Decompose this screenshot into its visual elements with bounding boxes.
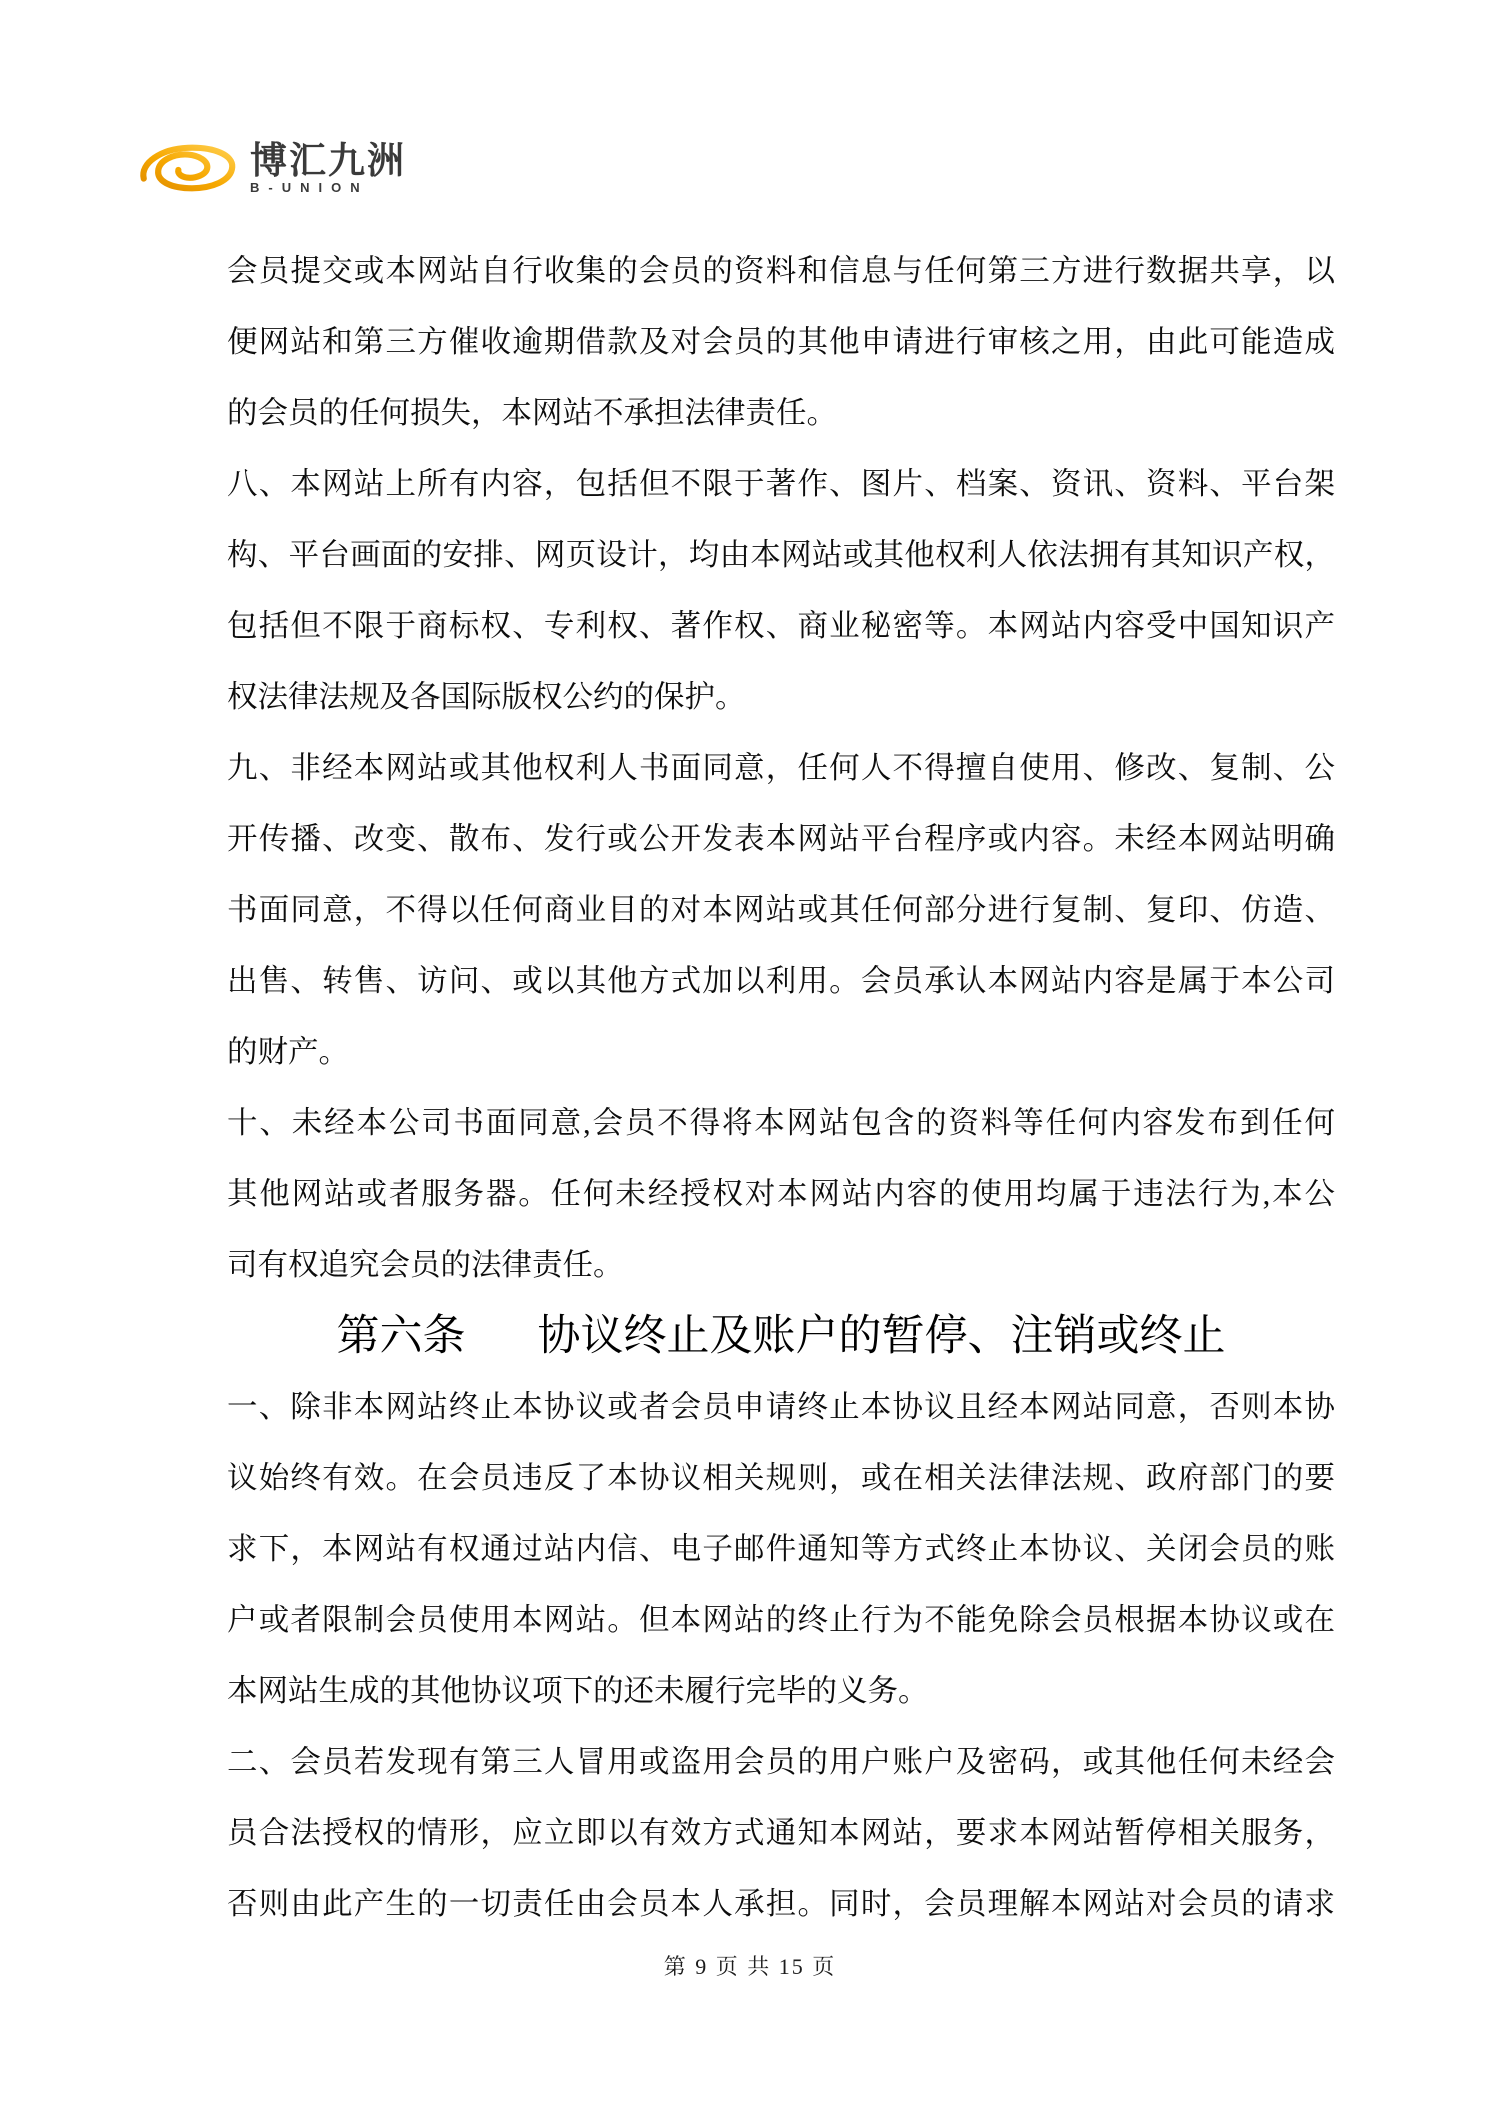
document-line: 求下，本网站有权通过站内信、电子邮件通知等方式终止本协议、关闭会员的账: [227, 1514, 1335, 1585]
document-line: 二、会员若发现有第三人冒用或盗用会员的用户账户及密码，或其他任何未经会: [227, 1727, 1335, 1798]
section-heading-title: 协议终止及账户的暂停、注销或终止: [538, 1313, 1226, 1360]
document-line: 书面同意，不得以任何商业目的对本网站或其任何部分进行复制、复印、仿造、: [227, 875, 1335, 946]
document-line: 十、未经本公司书面同意,会员不得将本网站包含的资料等任何内容发布到任何: [227, 1088, 1335, 1159]
document-line: 便网站和第三方催收逾期借款及对会员的其他申请进行审核之用，由此可能造成: [227, 307, 1335, 378]
document-body: 会员提交或本网站自行收集的会员的资料和信息与任何第三方进行数据共享，以 便网站和…: [227, 236, 1335, 1940]
document-page: 博汇九洲 B-UNION 会员提交或本网站自行收集的会员的资料和信息与任何第三方…: [0, 0, 1500, 2121]
page-number: 第 9 页 共 15 页: [664, 1954, 837, 1979]
section-heading-number: 第六条: [337, 1301, 466, 1372]
gold-swirl-icon: [138, 140, 238, 196]
brand-logo: 博汇九洲 B-UNION: [138, 140, 406, 196]
document-line: 会员提交或本网站自行收集的会员的资料和信息与任何第三方进行数据共享，以: [227, 236, 1335, 307]
brand-text: 博汇九洲 B-UNION: [250, 142, 406, 195]
document-line: 否则由此产生的一切责任由会员本人承担。同时，会员理解本网站对会员的请求: [227, 1869, 1335, 1940]
document-line: 开传播、改变、散布、发行或公开发表本网站平台程序或内容。未经本网站明确: [227, 804, 1335, 875]
document-line: 的会员的任何损失，本网站不承担法律责任。: [227, 378, 1335, 449]
document-line: 包括但不限于商标权、专利权、著作权、商业秘密等。本网站内容受中国知识产: [227, 591, 1335, 662]
document-line: 构、平台画面的安排、网页设计，均由本网站或其他权利人依法拥有其知识产权，: [227, 520, 1335, 591]
brand-name-en: B-UNION: [250, 181, 406, 195]
section-heading: 第六条协议终止及账户的暂停、注销或终止: [227, 1301, 1335, 1372]
document-line: 司有权追究会员的法律责任。: [227, 1230, 1335, 1301]
page-footer: 第 9 页 共 15 页: [0, 1950, 1500, 1981]
document-line: 权法律法规及各国际版权公约的保护。: [227, 662, 1335, 733]
document-line: 八、本网站上所有内容，包括但不限于著作、图片、档案、资讯、资料、平台架: [227, 449, 1335, 520]
document-line: 户或者限制会员使用本网站。但本网站的终止行为不能免除会员根据本协议或在: [227, 1585, 1335, 1656]
document-line: 其他网站或者服务器。任何未经授权对本网站内容的使用均属于违法行为,本公: [227, 1159, 1335, 1230]
document-line: 出售、转售、访问、或以其他方式加以利用。会员承认本网站内容是属于本公司: [227, 946, 1335, 1017]
document-line: 九、非经本网站或其他权利人书面同意，任何人不得擅自使用、修改、复制、公: [227, 733, 1335, 804]
document-line: 的财产。: [227, 1017, 1335, 1088]
document-line: 本网站生成的其他协议项下的还未履行完毕的义务。: [227, 1656, 1335, 1727]
brand-name-cn: 博汇九洲: [250, 142, 406, 180]
document-line: 员合法授权的情形，应立即以有效方式通知本网站，要求本网站暂停相关服务，: [227, 1798, 1335, 1869]
document-line: 一、除非本网站终止本协议或者会员申请终止本协议且经本网站同意，否则本协: [227, 1372, 1335, 1443]
document-line: 议始终有效。在会员违反了本协议相关规则，或在相关法律法规、政府部门的要: [227, 1443, 1335, 1514]
